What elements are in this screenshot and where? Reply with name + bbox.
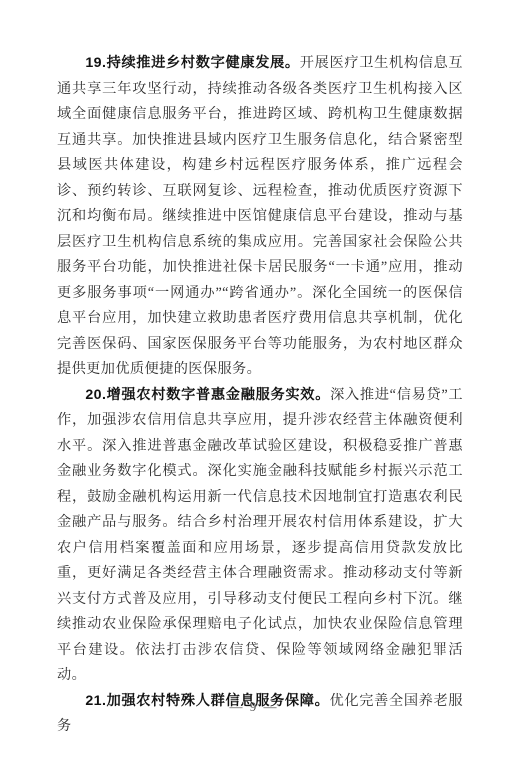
page-number: — 9 — (0, 698, 508, 716)
paragraph-20-heading: 20.增强农村数字普惠金融服务实效。 (85, 387, 330, 403)
paragraph-20-body: 深入推进“信易贷”工作，加强涉农信用信息共享应用，提升涉农经营主体融资便利水平。… (57, 387, 463, 684)
paragraph-20: 20.增强农村数字普惠金融服务实效。深入推进“信易贷”工作，加强涉农信用信息共享… (57, 383, 463, 689)
paragraph-19-body: 开展医疗卫生机构信息互通共享三年攻坚行动，持续推动各级各类医疗卫生机构接入区域全… (57, 55, 463, 377)
paragraph-19-heading: 19.持续推进乡村数字健康发展。 (85, 55, 299, 71)
paragraph-19: 19.持续推进乡村数字健康发展。开展医疗卫生机构信息互通共享三年攻坚行动，持续推… (57, 51, 463, 383)
text-content: 19.持续推进乡村数字健康发展。开展医疗卫生机构信息互通共享三年攻坚行动，持续推… (57, 51, 463, 740)
document-page: 19.持续推进乡村数字健康发展。开展医疗卫生机构信息互通共享三年攻坚行动，持续推… (0, 0, 508, 762)
